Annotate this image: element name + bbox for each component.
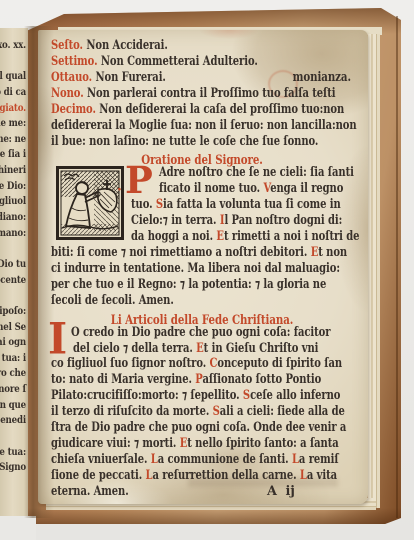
- text-run: co figliuol ſuo ſignor noſtro.: [51, 356, 210, 371]
- turnover-word: monianza.: [293, 70, 351, 86]
- text-run: ia fatta la volunta tua ſi come in: [163, 197, 341, 212]
- background-patch: [0, 516, 36, 540]
- text-line: eterna. Amen.A ij: [51, 484, 353, 500]
- text-run: Non Commetterai Adulterio.: [101, 54, 258, 69]
- text-run: Pilato:crucifiſſo:morto: ⁊ ſepellito.: [51, 388, 243, 403]
- text-line: O credo in Dio padre che puo ogni coſa: …: [51, 325, 353, 341]
- text-line: tuo. Sia fatta la volunta tua ſi come in: [51, 197, 353, 213]
- left-page-text-fragment: che me:: [0, 116, 26, 132]
- text-run: ſtra de Dio padre che puo ogni coſa. Ond…: [51, 420, 346, 435]
- left-page-fragments: : Exo. xx.tuo:il qualgitto di cadanneggi…: [0, 38, 26, 476]
- text-run: Settimo.: [51, 54, 101, 69]
- text-run: eterna. Amen.: [51, 484, 129, 499]
- left-page-text-fragment: farai ogn: [0, 335, 26, 351]
- text-run: Non Furerai.: [95, 70, 165, 85]
- left-page-text-fragment: [0, 429, 26, 445]
- text-run: Cielo:⁊ in terra.: [131, 213, 220, 228]
- text-run: Seſto.: [51, 38, 86, 53]
- text-line: Ottauo. Non Furerai.monianza.: [51, 70, 353, 86]
- photo-scene: : Exo. xx.tuo:il qualgitto di cadanneggi…: [0, 0, 414, 540]
- text-line: Pilato:crucifiſſo:morto: ⁊ ſepellito. Sc…: [51, 388, 353, 404]
- text-run: onceputo di ſpirito ſan: [217, 356, 342, 371]
- text-run: t non: [318, 245, 347, 260]
- left-page-text-fragment: re tua:: [0, 445, 26, 461]
- text-line: Decimo. Non deſidererai la caſa del proſ…: [51, 102, 353, 118]
- text-run: Ottauo.: [51, 70, 95, 85]
- left-page-text-fragment: Figliuol: [0, 194, 26, 210]
- text-run: ci indurre in tentatione. Ma libera noi …: [51, 261, 340, 276]
- text-run: E: [180, 436, 188, 451]
- left-page-text-fragment: : Exo. xx.: [0, 38, 26, 54]
- text-run: Non deſidererai la caſa del proſſimo tuo…: [99, 102, 344, 117]
- text-line: ſecoli de ſecoli. Amen.: [51, 293, 353, 309]
- left-page-text-fragment: a benedi: [0, 413, 26, 429]
- text-line: il terzo di riſuſcito da morte. Sali a c…: [51, 404, 353, 420]
- text-run: a remiſ: [299, 452, 339, 467]
- text-run: O credo in Dio padre che puo ogni coſa: …: [71, 325, 330, 340]
- cover-edge: [396, 16, 398, 518]
- left-page-text-fragment: a nel Se: [0, 320, 26, 336]
- left-page-text-fragment: gitto di ca: [0, 85, 26, 101]
- text-run: aſſionato ſotto Pontio: [202, 372, 321, 387]
- left-page-text-fragment: [0, 288, 26, 304]
- text-run: ſione de peccati.: [51, 468, 146, 483]
- text-run: Non Acciderai.: [86, 38, 167, 53]
- left-page-text-fragment: nore Dio:: [0, 179, 26, 195]
- signature-mark: A ij: [267, 484, 295, 500]
- left-page-text-fragment: r Dio tu: [0, 257, 26, 273]
- text-run: l Pan noſtro dogni di:: [224, 213, 342, 228]
- text-line: ſione de peccati. La reſurrettion della …: [51, 468, 353, 484]
- text-run: ſecoli de ſecoli. Amen.: [51, 293, 174, 308]
- text-run: V: [263, 181, 270, 196]
- text-run: L: [292, 452, 299, 467]
- text-line: del cielo ⁊ della terra. Et in Gieſu Chr…: [51, 341, 353, 357]
- text-run: L: [300, 468, 307, 483]
- text-line: Nono. Non parlerai contra il Proſſimo tu…: [51, 86, 353, 102]
- text-run: a communione de ſanti.: [158, 452, 292, 467]
- left-page-text-fragment: il Signo: [0, 460, 26, 476]
- text-run: t in Gieſu Chriſto vni: [204, 341, 319, 356]
- text-run: il terzo di riſuſcito da morte.: [51, 404, 213, 419]
- text-run: t nello ſpirito ſanto: a ſanta: [187, 436, 338, 451]
- text-block: P I Seſto. Non Acciderai.Settimo. Non Co…: [51, 38, 353, 500]
- text-line: per che tuo e il Regno: ⁊ la potentia: ⁊…: [51, 277, 353, 293]
- left-page-text-fragment: del ripoſo:: [0, 304, 26, 320]
- text-line: da hoggi a noi. Et rimetti a noi i noſtr…: [51, 229, 353, 245]
- left-page-text-fragment: agine: ne: [0, 132, 26, 148]
- text-run: ceſe allo inferno: [250, 388, 340, 403]
- text-run: L: [151, 452, 158, 467]
- text-line: deſidererai la Moglie ſua: non il ſeruo:…: [51, 118, 353, 134]
- text-run: S: [156, 197, 163, 212]
- text-line: Adre noſtro che ſe ne cieli: ſia ſanti: [51, 165, 353, 181]
- text-run: t rimetti a noi i noſtri de: [224, 229, 360, 244]
- text-run: Decimo.: [51, 102, 99, 117]
- rubric-heading: Oratione del Signore.: [51, 149, 353, 165]
- text-line: il bue: non laſino: ne tutte le coſe che…: [51, 134, 353, 150]
- text-run: Non parlerai contra il Proſſimo tuo falſ…: [87, 86, 336, 101]
- text-run: il bue: non laſino: ne tutte le coſe che…: [51, 134, 318, 149]
- text-line: biti: ſi come ⁊ noi rimettiamo a noſtri …: [51, 245, 353, 261]
- text-line: chieſa vniuerſale. La communione de ſant…: [51, 452, 353, 468]
- text-run: to: nato di Maria vergine.: [51, 372, 195, 387]
- left-page-text-fragment: danneggiato.: [0, 101, 26, 117]
- text-run: E: [196, 341, 204, 356]
- book-page: P I Seſto. Non Acciderai.Settimo. Non Co…: [38, 30, 368, 504]
- left-page-text-fragment: ſtiero che: [0, 366, 26, 382]
- left-page-text-fragment: amano:: [0, 226, 26, 242]
- page-edges-right: [368, 34, 380, 508]
- text-line: Seſto. Non Acciderai.: [51, 38, 353, 54]
- left-page-text-fragment: [0, 241, 26, 257]
- text-line: ficato il nome tuo. Venga il regno: [51, 181, 353, 197]
- text-line: ci indurre in tentatione. Ma libera noi …: [51, 261, 353, 277]
- text-run: Nono.: [51, 86, 87, 101]
- left-page-text-fragment: ni odiano:: [0, 210, 26, 226]
- text-run: tuo.: [131, 197, 156, 212]
- text-line: co figliuol ſuo ſignor noſtro. Conceputo…: [51, 356, 353, 372]
- text-run: deſidererai la Moglie ſua: non il ſeruo:…: [51, 118, 357, 133]
- text-run: biti: ſi come ⁊ noi rimettiamo a noſtri …: [51, 245, 311, 260]
- text-line: ſtra de Dio padre che puo ogni coſa. Ond…: [51, 420, 353, 436]
- text-run: E: [311, 245, 319, 260]
- left-page-text-fragment: che in que: [0, 398, 26, 414]
- text-run: a vita: [307, 468, 337, 483]
- text-run: da hoggi a noi.: [131, 229, 216, 244]
- text-run: chieſa vniuerſale.: [51, 452, 151, 467]
- left-page-text-fragment: ſignore ſ: [0, 382, 26, 398]
- left-page-text-fragment: trinchineri: [0, 163, 26, 179]
- left-page-sliver: : Exo. xx.tuo:il qualgitto di cadanneggi…: [0, 28, 28, 516]
- text-run: ficato il nome tuo.: [159, 181, 263, 196]
- text-line: Settimo. Non Commetterai Adulterio.: [51, 54, 353, 70]
- text-run: enga il regno: [270, 181, 343, 196]
- text-run: ali a cieli: ſiede alla de: [220, 404, 345, 419]
- left-page-text-fragment: tuo:il qual: [0, 69, 26, 85]
- left-page-text-fragment: innocente: [0, 273, 26, 289]
- text-run: E: [216, 229, 224, 244]
- left-page-text-fragment: [0, 54, 26, 70]
- text-run: del cielo ⁊ della terra.: [73, 341, 196, 356]
- text-line: Cielo:⁊ in terra. Il Pan noſtro dogni di…: [51, 213, 353, 229]
- text-line: giudicare viui: ⁊ morti. Et nello ſpirit…: [51, 436, 353, 452]
- text-run: per che tuo e il Regno: ⁊ la potentia: ⁊…: [51, 277, 326, 292]
- text-run: giudicare viui: ⁊ morti.: [51, 436, 180, 451]
- left-page-text-fragment: che ſia i: [0, 147, 26, 163]
- left-page-text-fragment: ola tua: i: [0, 351, 26, 367]
- text-run: Adre noſtro che ſe ne cieli: ſia ſanti: [159, 165, 354, 180]
- rubric-heading: Li Articoli della Fede Chriſtiana.: [51, 309, 353, 325]
- text-line: to: nato di Maria vergine. Paſſionato ſo…: [51, 372, 353, 388]
- text-run: a reſurrettion della carne.: [152, 468, 299, 483]
